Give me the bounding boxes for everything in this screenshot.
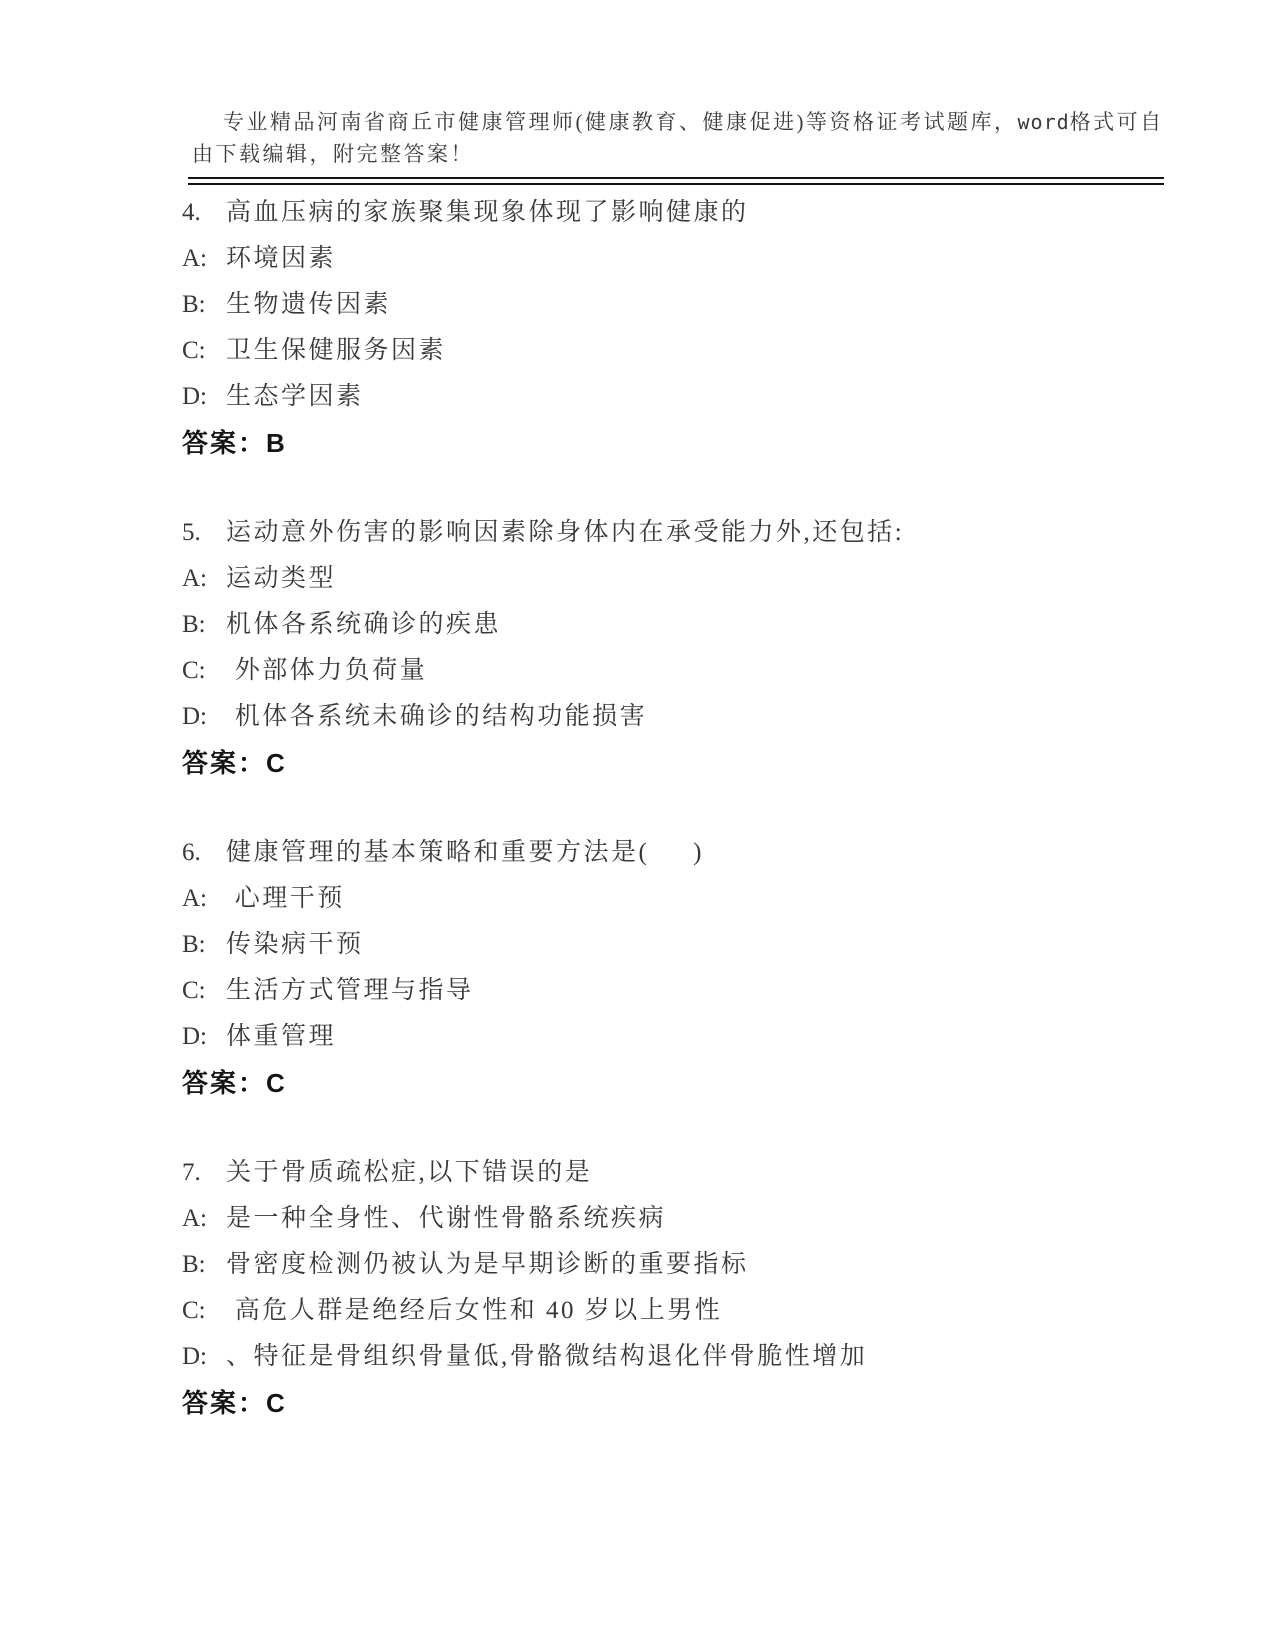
option-text: 机体各系统未确诊的结构功能损害 [226,694,1167,740]
option-label: B: [182,282,226,328]
option-label: D: [182,694,226,740]
question-number: 5. [182,510,226,556]
option-c: C: 外部体力负荷量 [182,648,1167,694]
option-label: D: [182,374,226,420]
option-label: A: [182,1196,226,1242]
answer-line: 答案：C [182,740,1167,786]
option-a: A: 环境因素 [182,236,1167,282]
answer-value: B [266,420,287,466]
option-b: B: 生物遗传因素 [182,282,1167,328]
option-label: C: [182,328,226,374]
option-d: D: 、特征是骨组织骨量低,骨骼微结构退化伴骨脆性增加 [182,1334,1167,1380]
option-label: D: [182,1014,226,1060]
option-text: 生态学因素 [226,374,1167,420]
question-text: 关于骨质疏松症,以下错误的是 [226,1150,1167,1196]
option-b: B: 骨密度检测仍被认为是早期诊断的重要指标 [182,1242,1167,1288]
option-text: 环境因素 [226,236,1167,282]
questions-list: 4. 高血压病的家族聚集现象体现了影响健康的 A: 环境因素 B: 生物遗传因素… [182,190,1167,1470]
answer-label: 答案： [182,1060,266,1106]
option-text: 传染病干预 [226,922,1167,968]
option-text: 卫生保健服务因素 [226,328,1167,374]
question-block-4: 4. 高血压病的家族聚集现象体现了影响健康的 A: 环境因素 B: 生物遗传因素… [182,190,1167,466]
answer-line: 答案：C [182,1380,1167,1426]
option-c: C: 卫生保健服务因素 [182,328,1167,374]
question-title: 5. 运动意外伤害的影响因素除身体内在承受能力外,还包括: [182,510,1167,556]
answer-value: C [266,1380,287,1426]
answer-line: 答案：B [182,420,1167,466]
option-label: B: [182,922,226,968]
answer-label: 答案： [182,740,266,786]
document-page: 专业精品河南省商丘市健康管理师(健康教育、健康促进)等资格证考试题库，word格… [0,0,1275,1650]
option-label: D: [182,1334,226,1380]
question-text: 健康管理的基本策略和重要方法是( ) [226,830,1167,876]
answer-value: C [266,740,287,786]
option-label: B: [182,1242,226,1288]
option-label: B: [182,602,226,648]
option-text: 高危人群是绝经后女性和 40 岁以上男性 [226,1288,1167,1334]
answer-label: 答案： [182,420,266,466]
header-line1-latin: word [1017,110,1069,134]
header-divider [188,177,1164,185]
option-d: D: 生态学因素 [182,374,1167,420]
option-text: 是一种全身性、代谢性骨骼系统疾病 [226,1196,1167,1242]
question-number: 4. [182,190,226,236]
option-d: D: 机体各系统未确诊的结构功能损害 [182,694,1167,740]
option-a: A: 是一种全身性、代谢性骨骼系统疾病 [182,1196,1167,1242]
option-text: 骨密度检测仍被认为是早期诊断的重要指标 [226,1242,1167,1288]
answer-label: 答案： [182,1380,266,1426]
option-c: C: 高危人群是绝经后女性和 40 岁以上男性 [182,1288,1167,1334]
question-text: 高血压病的家族聚集现象体现了影响健康的 [226,190,1167,236]
option-a: A: 心理干预 [182,876,1167,922]
question-block-7: 7. 关于骨质疏松症,以下错误的是 A: 是一种全身性、代谢性骨骼系统疾病 B:… [182,1150,1167,1426]
option-c: C: 生活方式管理与指导 [182,968,1167,1014]
option-a: A: 运动类型 [182,556,1167,602]
option-text: 生活方式管理与指导 [226,968,1167,1014]
option-text: 机体各系统确诊的疾患 [226,602,1167,648]
option-text: 、特征是骨组织骨量低,骨骼微结构退化伴骨脆性增加 [226,1334,1167,1380]
option-d: D: 体重管理 [182,1014,1167,1060]
option-b: B: 机体各系统确诊的疾患 [182,602,1167,648]
question-title: 7. 关于骨质疏松症,以下错误的是 [182,1150,1167,1196]
question-number: 7. [182,1150,226,1196]
answer-value: C [266,1060,287,1106]
option-label: C: [182,1288,226,1334]
question-text: 运动意外伤害的影响因素除身体内在承受能力外,还包括: [226,510,1167,556]
header-line1-cjk: 专业精品河南省商丘市健康管理师(健康教育、健康促进)等资格证考试题库， [223,110,1017,134]
option-text: 生物遗传因素 [226,282,1167,328]
option-text: 外部体力负荷量 [226,648,1167,694]
option-text: 体重管理 [226,1014,1167,1060]
option-label: A: [182,236,226,282]
question-block-6: 6. 健康管理的基本策略和重要方法是( ) A: 心理干预 B: 传染病干预 C… [182,830,1167,1106]
option-label: A: [182,556,226,602]
option-label: C: [182,968,226,1014]
option-text: 心理干预 [226,876,1167,922]
option-label: C: [182,648,226,694]
option-text: 运动类型 [226,556,1167,602]
question-block-5: 5. 运动意外伤害的影响因素除身体内在承受能力外,还包括: A: 运动类型 B:… [182,510,1167,786]
option-b: B: 传染病干预 [182,922,1167,968]
question-title: 4. 高血压病的家族聚集现象体现了影响健康的 [182,190,1167,236]
option-label: A: [182,876,226,922]
answer-line: 答案：C [182,1060,1167,1106]
question-title: 6. 健康管理的基本策略和重要方法是( ) [182,830,1167,876]
question-number: 6. [182,830,226,876]
